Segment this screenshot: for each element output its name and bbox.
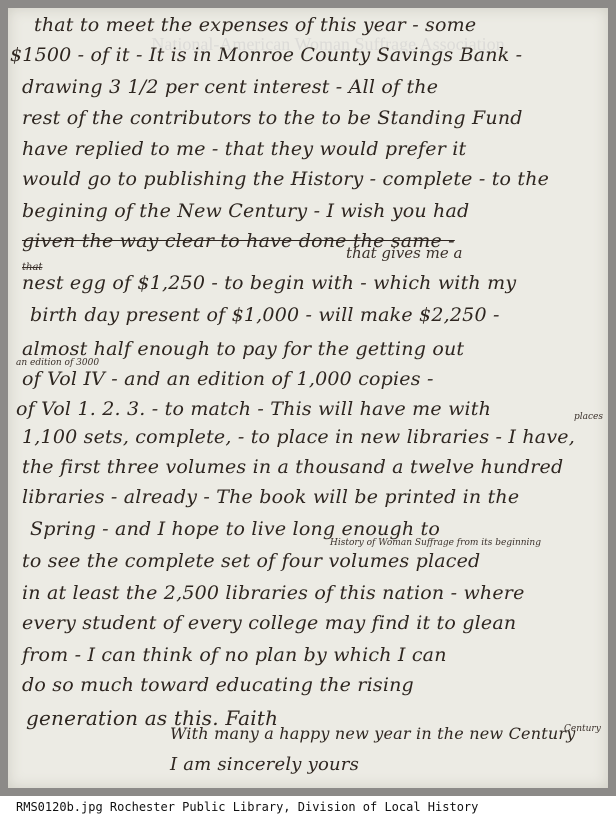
letter-line-6: would go to publishing the History - com… <box>22 168 549 190</box>
letter-line-2: $1500 - of it - It is in Monroe County S… <box>10 44 522 66</box>
letter-line-14: 1,100 sets, complete, - to place in new … <box>22 426 575 448</box>
letter-line-12: of Vol IV - and an edition of 1,000 copi… <box>22 368 434 390</box>
insertion-history-of-woman-suffrage: History of Woman Suffrage from its begin… <box>330 538 541 548</box>
letter-line-4: rest of the contributors to the to be St… <box>22 107 523 129</box>
closing-new-year: With many a happy new year in the new Ce… <box>170 724 575 743</box>
scan-frame: National-American Woman Suffrage Associa… <box>0 0 616 796</box>
letter-line-17: Spring - and I hope to live long enough … <box>30 518 440 540</box>
letter-line-10: birth day present of $1,000 - will make … <box>30 304 500 326</box>
letter-line-15: the first three volumes in a thousand a … <box>22 456 563 478</box>
letter-line-7: begining of the New Century - I wish you… <box>22 200 469 222</box>
letter-line-9: nest egg of $1,250 - to begin with - whi… <box>22 272 516 294</box>
letter-line-11: almost half enough to pay for the gettin… <box>22 338 464 360</box>
letter-line-19: in at least the 2,500 libraries of this … <box>22 582 525 604</box>
letter-line-13: of Vol 1. 2. 3. - to match - This will h… <box>16 398 491 420</box>
letter-line-20: every student of every college may find … <box>22 612 516 634</box>
letter-line-18: to see the complete set of four volumes … <box>22 550 480 572</box>
letter-line-21: from - I can think of no plan by which I… <box>22 644 447 666</box>
letter-line-3: drawing 3 1/2 per cent interest - All of… <box>22 76 438 98</box>
image-caption: RMS0120b.jpg Rochester Public Library, D… <box>16 800 478 814</box>
letter-line-1: that to meet the expenses of this year -… <box>34 14 476 36</box>
insertion-places: places <box>574 412 603 422</box>
letter-page: National-American Woman Suffrage Associa… <box>8 8 608 788</box>
letter-line-16: libraries - already - The book will be p… <box>22 486 519 508</box>
letter-line-22: do so much toward educating the rising <box>22 674 414 696</box>
insertion-that-gives-me: that gives me a <box>346 244 462 262</box>
margin-edition-note: an edition of 3000 <box>16 358 99 368</box>
closing-sincerely: I am sincerely yours <box>170 754 359 775</box>
letter-line-5: have replied to me - that they would pre… <box>22 138 466 160</box>
